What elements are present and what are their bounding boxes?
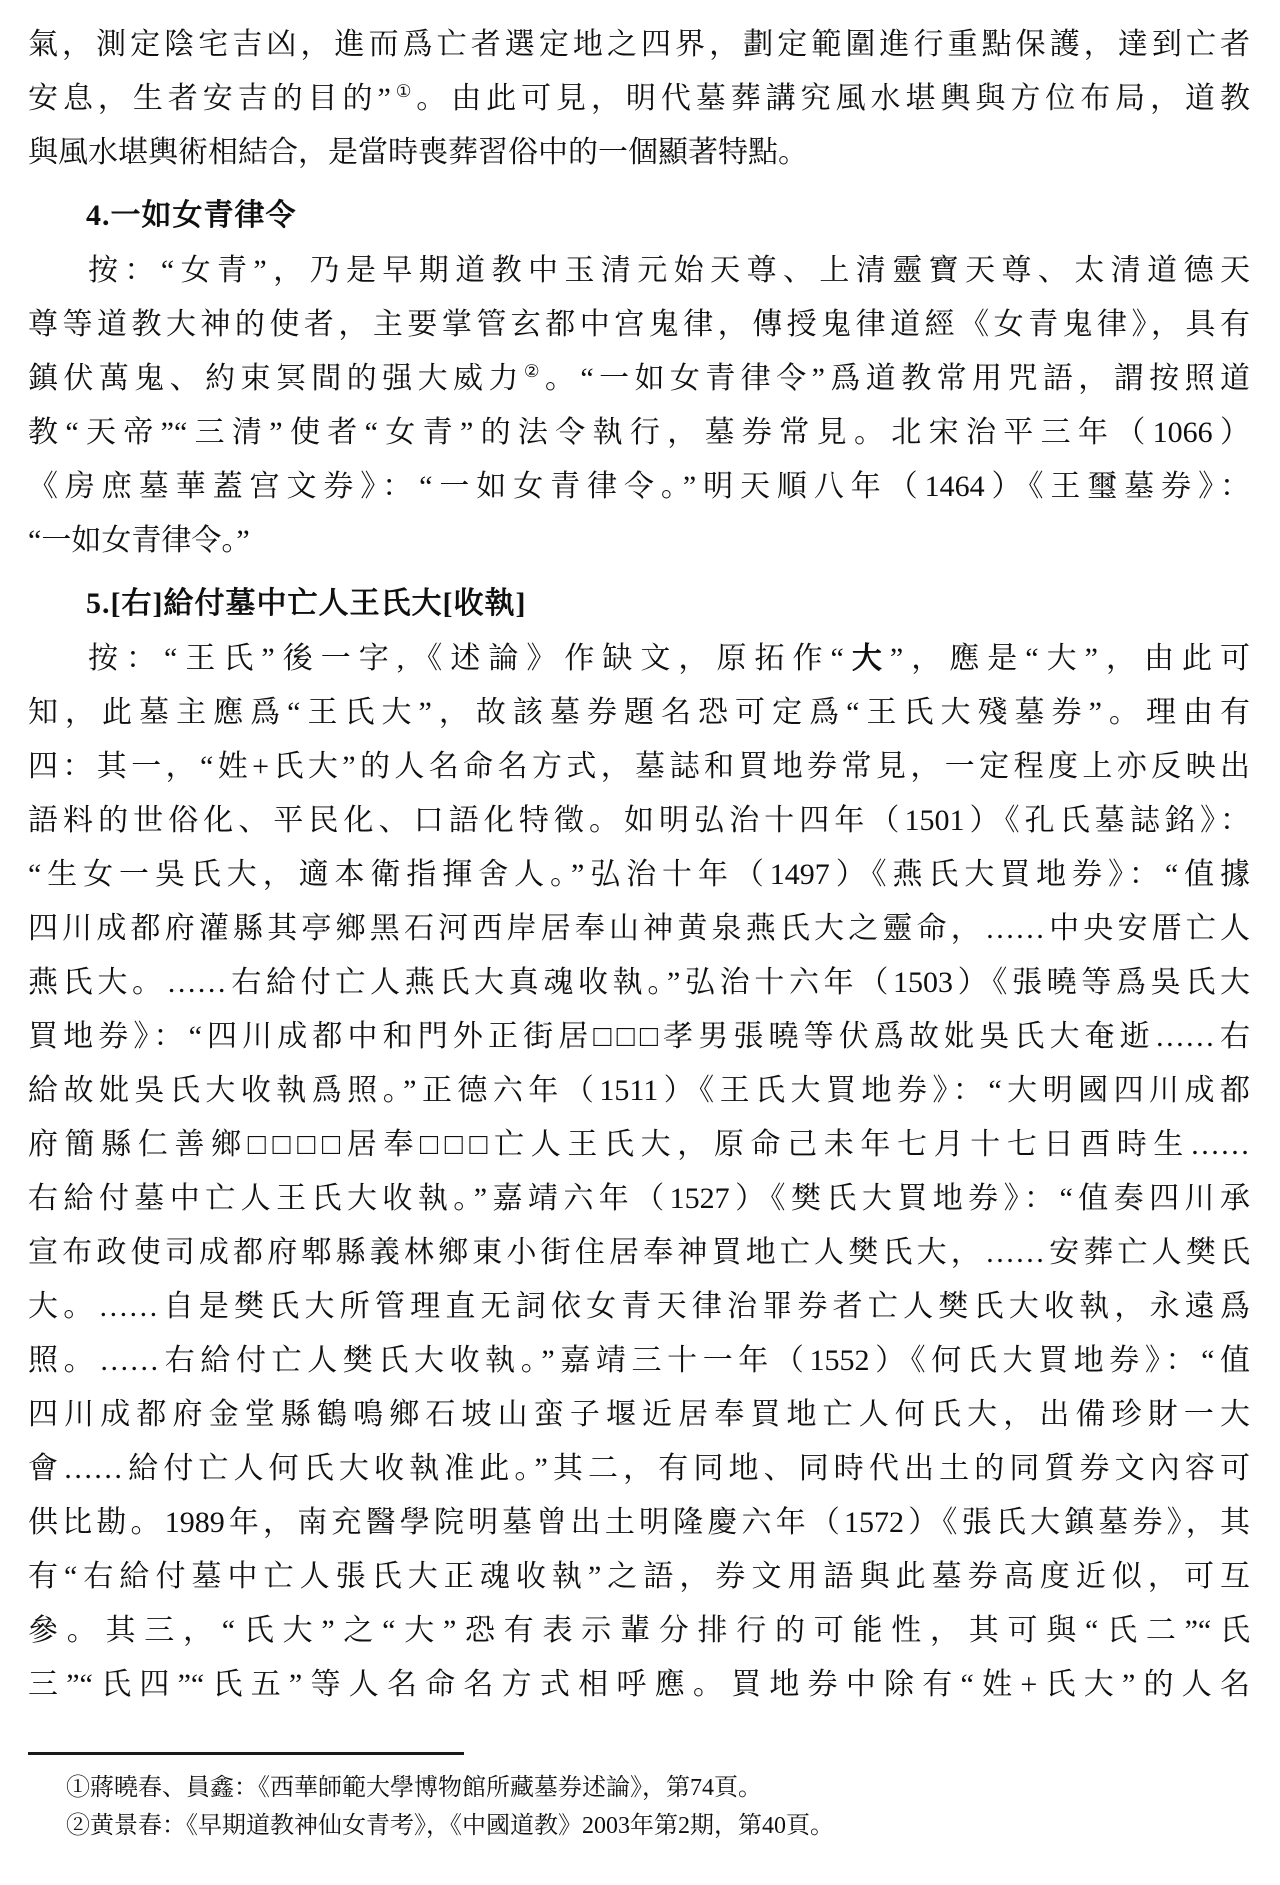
text-line: 尊等道教大神的使者，主要掌管玄都中宫鬼律，傳授鬼律道經《女青鬼律》，具有: [28, 298, 1250, 352]
section-4-heading: 4.一如女青律令: [28, 189, 1250, 243]
footnote-ref: ①: [391, 81, 416, 101]
text-line: 照。……右給付亡人樊氏大收執。”嘉靖三十一年（1552）《何氏大買地券》：“值: [28, 1334, 1250, 1388]
text-line: 鎮伏萬鬼、約束冥間的强大威力②。“一如女青律令”爲道教常用咒語，謂按照道: [28, 352, 1250, 406]
paragraph-section-5: 按：“王氏”後一字,《述論》作缺文，原拓作“大”，應是“大”，由此可知，此墓主應…: [28, 632, 1250, 1712]
text-line: 給故妣吳氏大收執爲照。”正德六年（1511）《王氏大買地券》：“大明國四川成都: [28, 1064, 1250, 1118]
text-line: 氣，測定陰宅吉凶，進而爲亡者選定地之四界，劃定範圍進行重點保護，達到亡者: [28, 18, 1250, 72]
document-page: 氣，測定陰宅吉凶，進而爲亡者選定地之四界，劃定範圍進行重點保護，達到亡者安息，生…: [0, 0, 1280, 1885]
text-line: 府簡縣仁善鄉□□□□居奉□□□亡人王氏大，原命己未年七月十七日酉時生……: [28, 1118, 1250, 1172]
footnote-item: ①蔣曉春、員鑫：《西華師範大學博物館所藏墓券述論》，第74頁。: [28, 1769, 1250, 1807]
text-line: 大。……自是樊氏大所管理直无詞依女青天律治罪券者亡人樊氏大收執，永遠爲: [28, 1280, 1250, 1334]
footnote-separator: [28, 1752, 464, 1755]
text-line: 供比勘。1989年，南充醫學院明墓曾出土明隆慶六年（1572）《張氏大鎮墓券》，…: [28, 1496, 1250, 1550]
main-text: 氣，測定陰宅吉凶，進而爲亡者選定地之四界，劃定範圍進行重點保護，達到亡者安息，生…: [28, 18, 1250, 1712]
text-line: 會……給付亡人何氏大收執准此。”其二，有同地、同時代出土的同質券文內容可: [28, 1442, 1250, 1496]
footnote-item: ②黄景春：《早期道教神仙女青考》，《中國道教》2003年第2期，第40頁。: [28, 1807, 1250, 1845]
heading-text: 5.[右]給付墓中亡人王氏大[收執]: [28, 577, 1250, 631]
text-line: 右給付墓中亡人王氏大收執。”嘉靖六年（1527）《樊氏大買地券》：“值奏四川承: [28, 1172, 1250, 1226]
text-line: “一如女青律令。”: [28, 514, 1250, 568]
text-line: 按：“女青”，乃是早期道教中玉清元始天尊、上清靈寶天尊、太清道德天: [28, 244, 1250, 298]
text-line: 有“右給付墓中亡人張氏大正魂收執”之語，券文用語與此墓券高度近似，可互: [28, 1550, 1250, 1604]
text-line: 知，此墓主應爲“王氏大”，故該墓券題名恐可定爲“王氏大殘墓券”。理由有: [28, 686, 1250, 740]
text-line: 按：“王氏”後一字,《述論》作缺文，原拓作“大”，應是“大”，由此可: [28, 632, 1250, 686]
paragraph-continuation: 氣，測定陰宅吉凶，進而爲亡者選定地之四界，劃定範圍進行重點保護，達到亡者安息，生…: [28, 18, 1250, 180]
rubbing-glyph: 大: [844, 642, 890, 675]
text-line: 參。其三，“氏大”之“大”恐有表示輩分排行的可能性，其可與“氏二”“氏: [28, 1604, 1250, 1658]
section-5-heading: 5.[右]給付墓中亡人王氏大[收執]: [28, 577, 1250, 631]
footnotes: ①蔣曉春、員鑫：《西華師範大學博物館所藏墓券述論》，第74頁。②黄景春：《早期道…: [28, 1769, 1250, 1845]
text-line: 語料的世俗化、平民化、口語化特徵。如明弘治十四年（1501）《孔氏墓誌銘》：: [28, 794, 1250, 848]
footnote-ref: ②: [524, 361, 545, 381]
text-line: 與風水堪輿術相結合，是當時喪葬習俗中的一個顯著特點。: [28, 126, 1250, 180]
text-line: 三”“氏四”“氏五”等人名命名方式相呼應。買地券中除有“姓+氏大”的人名: [28, 1658, 1250, 1712]
text-line: 宣布政使司成都府郫縣義林鄉東小街住居奉神買地亡人樊氏大，……安葬亡人樊氏: [28, 1226, 1250, 1280]
text-line: 《房庶墓華蓋宫文券》：“一如女青律令。”明天順八年（1464）《王璽墓券》：: [28, 460, 1250, 514]
text-line: 買地券》：“四川成都中和門外正街居□□□孝男張曉等伏爲故妣吳氏大奄逝……右: [28, 1010, 1250, 1064]
text-line: 安息，生者安吉的目的”①。由此可見，明代墓葬講究風水堪輿與方位布局，道教: [28, 72, 1250, 126]
text-line: 燕氏大。……右給付亡人燕氏大真魂收執。”弘治十六年（1503）《張曉等爲吳氏大: [28, 956, 1250, 1010]
paragraph-section-4: 按：“女青”，乃是早期道教中玉清元始天尊、上清靈寶天尊、太清道德天尊等道教大神的…: [28, 244, 1250, 568]
text-line: “生女一吳氏大，適本衛指揮舍人。”弘治十年（1497）《燕氏大買地券》：“值據: [28, 848, 1250, 902]
heading-text: 4.一如女青律令: [28, 189, 1250, 243]
text-line: 四：其一，“姓+氏大”的人名命名方式，墓誌和買地券常見，一定程度上亦反映出: [28, 740, 1250, 794]
text-line: 四川成都府灌縣其亭鄉黑石河西岸居奉山神黄泉燕氏大之靈命，……中央安厝亡人: [28, 902, 1250, 956]
text-line: 教“天帝”“三清”使者“女青”的法令執行，墓券常見。北宋治平三年（1066）: [28, 406, 1250, 460]
text-line: 四川成都府金堂縣鶴鳴鄉石坡山蛮子堰近居奉買地亡人何氏大，出備珍財一大: [28, 1388, 1250, 1442]
